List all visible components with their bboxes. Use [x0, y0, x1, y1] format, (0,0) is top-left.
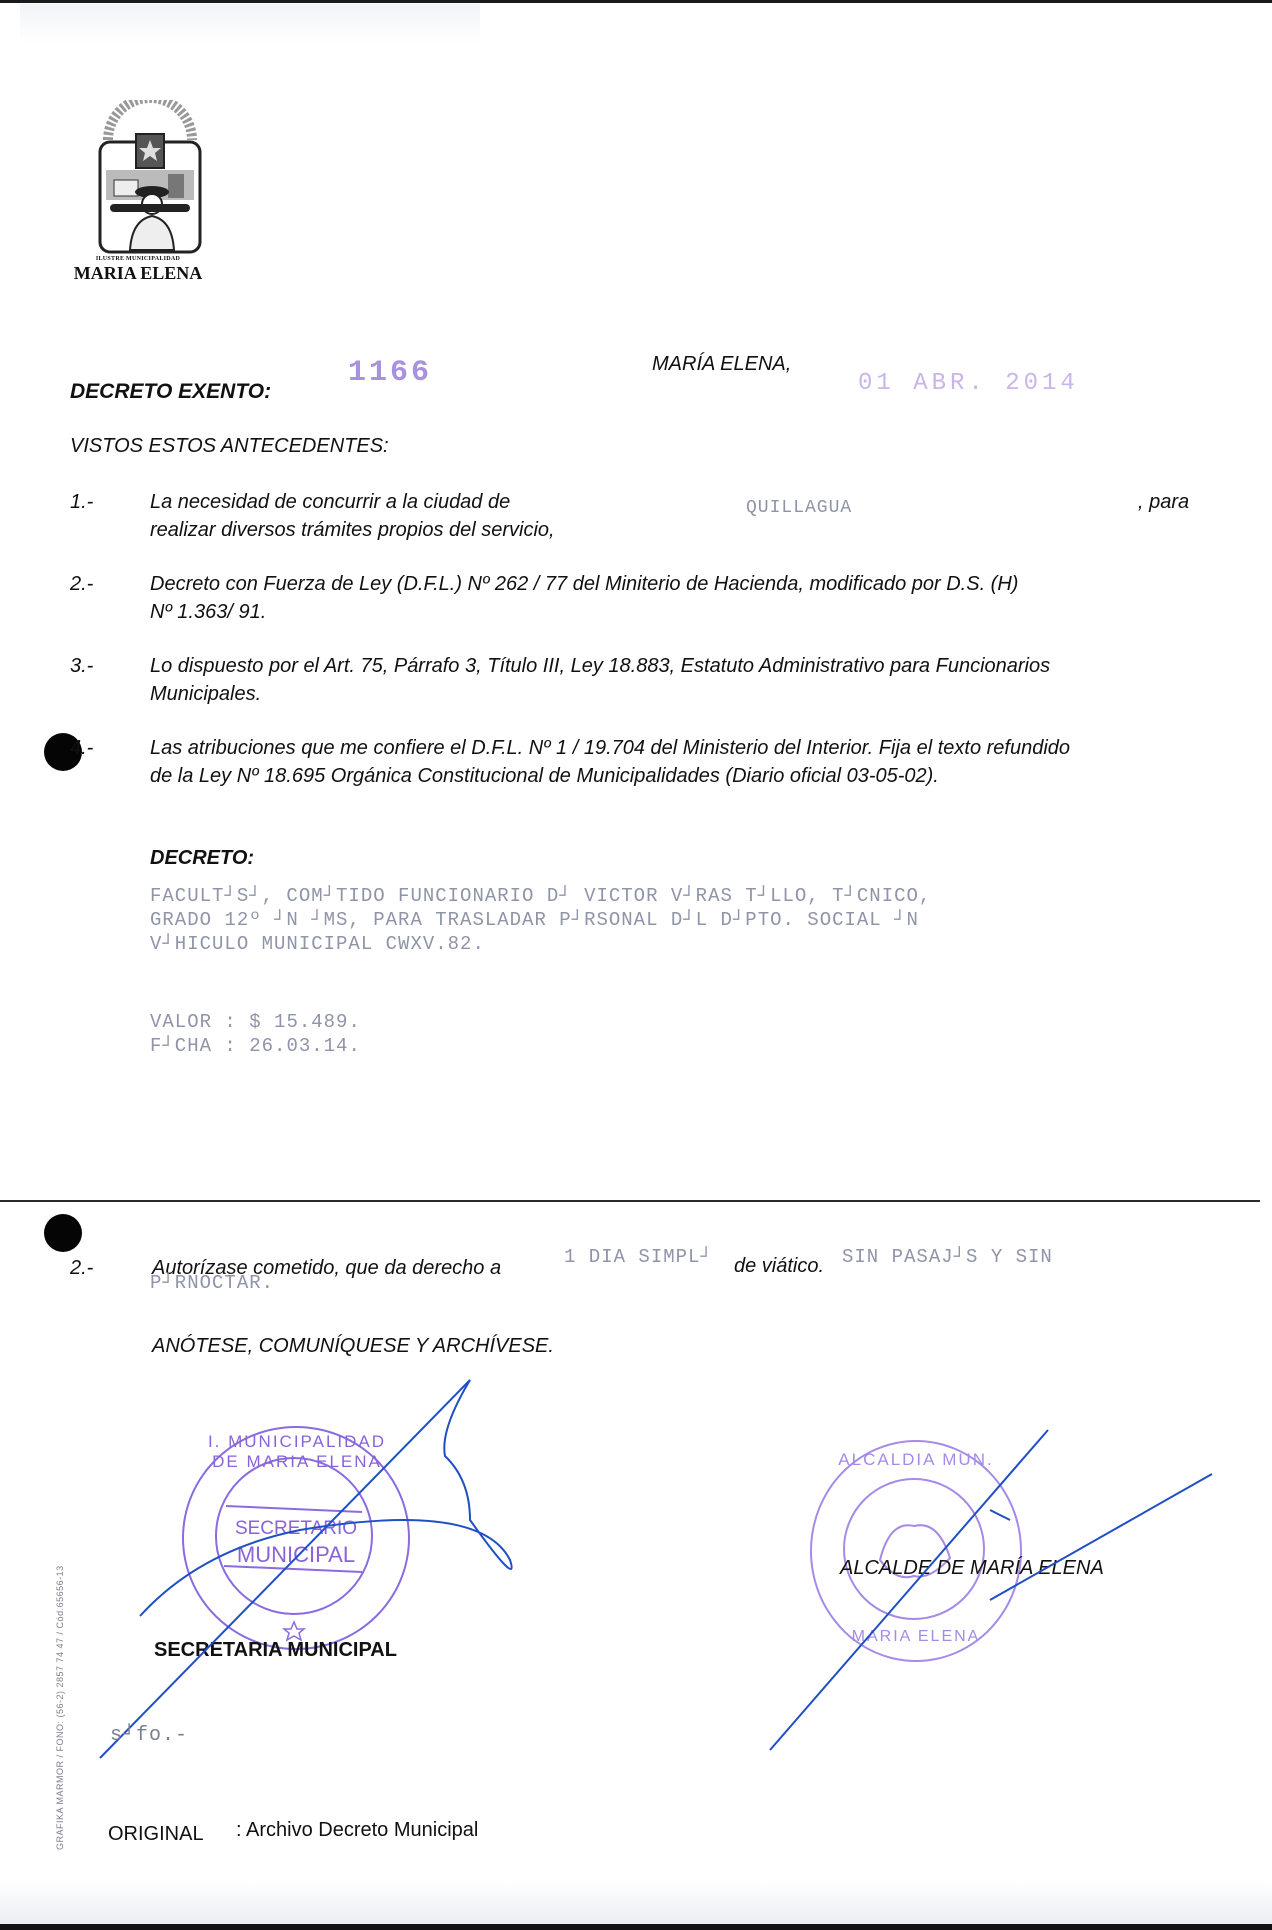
antecedentes-heading: VISTOS ESTOS ANTECEDENTES: [70, 432, 389, 460]
closing-formula: ANÓTESE, COMUNÍQUESE Y ARCHÍVESE. [152, 1332, 554, 1360]
antecedente-number: 2.- [70, 570, 93, 598]
antecedente-number: 4.- [70, 734, 93, 762]
printer-credit: GRAFIKA MARMOR / FONO: (56-2) 2857 74 47… [55, 1565, 65, 1850]
decreto-body: FACULT┘S┘, COM┘TIDO FUNCIONARIO D┘ VICTO… [150, 884, 931, 956]
logo-caption-small: ILUSTRE MUNICIPALIDAD [70, 256, 206, 262]
typed-extra: P┘RNOCTAR. [150, 1272, 274, 1294]
typed-days: 1 DIA SIMPL┘ [564, 1246, 713, 1268]
antecedente-text: Decreto con Fuerza de Ley (D.F.L.) Nº 26… [150, 570, 1018, 598]
antecedente-text: Nº 1.363/ 91. [150, 598, 266, 626]
decreto-heading: DECRETO: [150, 844, 254, 872]
antecedente-text: , para [1138, 488, 1189, 516]
antecedente-text: La necesidad de concurrir a la ciudad de [150, 488, 510, 516]
fecha-value: 26.03.14. [249, 1035, 361, 1057]
decreto-values: VALOR : $ 15.489. F┘CHA : 26.03.14. [150, 1010, 361, 1058]
antecedente-number: 3.- [70, 652, 93, 680]
decree-number-stamp: 1166 [348, 356, 432, 390]
scan-smudge [0, 1880, 1272, 1924]
punch-hole [44, 1214, 82, 1252]
handwritten-signatures [0, 1370, 1272, 1770]
scan-bottom-edge [0, 1924, 1272, 1930]
typed-city: QUILLAGUA [746, 494, 852, 522]
antecedente-number: 1.- [70, 488, 93, 516]
valor-amount: $ 15.489. [249, 1011, 361, 1033]
decree-date-stamp: 01 ABR. 2014 [858, 370, 1079, 397]
valor-label: VALOR : [150, 1011, 237, 1033]
decree-place: MARÍA ELENA, [652, 350, 791, 378]
scan-smudge [20, 4, 480, 44]
typist-initials: s┘fo.- [110, 1724, 188, 1747]
decreto-line: V┘HICULO MUNICIPAL CWXV.82. [150, 932, 931, 956]
scan-top-edge [0, 0, 1272, 3]
logo-caption: MARIA ELENA [70, 263, 206, 284]
antecedente-text: realizar diversos trámites propios del s… [150, 516, 555, 544]
decreto-line: GRADO 12º ┘N ┘MS, PARA TRASLADAR P┘RSONA… [150, 908, 931, 932]
fecha-label: F┘CHA : [150, 1035, 237, 1057]
item-text: de viático. [734, 1252, 824, 1280]
distribution-value: : Archivo Decreto Municipal [236, 1816, 478, 1844]
fold-line [0, 1200, 1260, 1202]
decreto-line: FACULT┘S┘, COM┘TIDO FUNCIONARIO D┘ VICTO… [150, 884, 931, 908]
antecedente-text: Lo dispuesto por el Art. 75, Párrafo 3, … [150, 652, 1050, 680]
antecedente-text: Las atribuciones que me confiere el D.F.… [150, 734, 1070, 762]
antecedente-text: Municipales. [150, 680, 261, 708]
decree-label: DECRETO EXENTO: [70, 378, 271, 406]
typed-extra: SIN PASAJ┘S Y SIN [842, 1246, 1053, 1268]
antecedente-text: de la Ley Nº 18.695 Orgánica Constitucio… [150, 762, 939, 790]
item-number: 2.- [70, 1254, 93, 1282]
distribution-label: ORIGINAL [108, 1820, 204, 1848]
